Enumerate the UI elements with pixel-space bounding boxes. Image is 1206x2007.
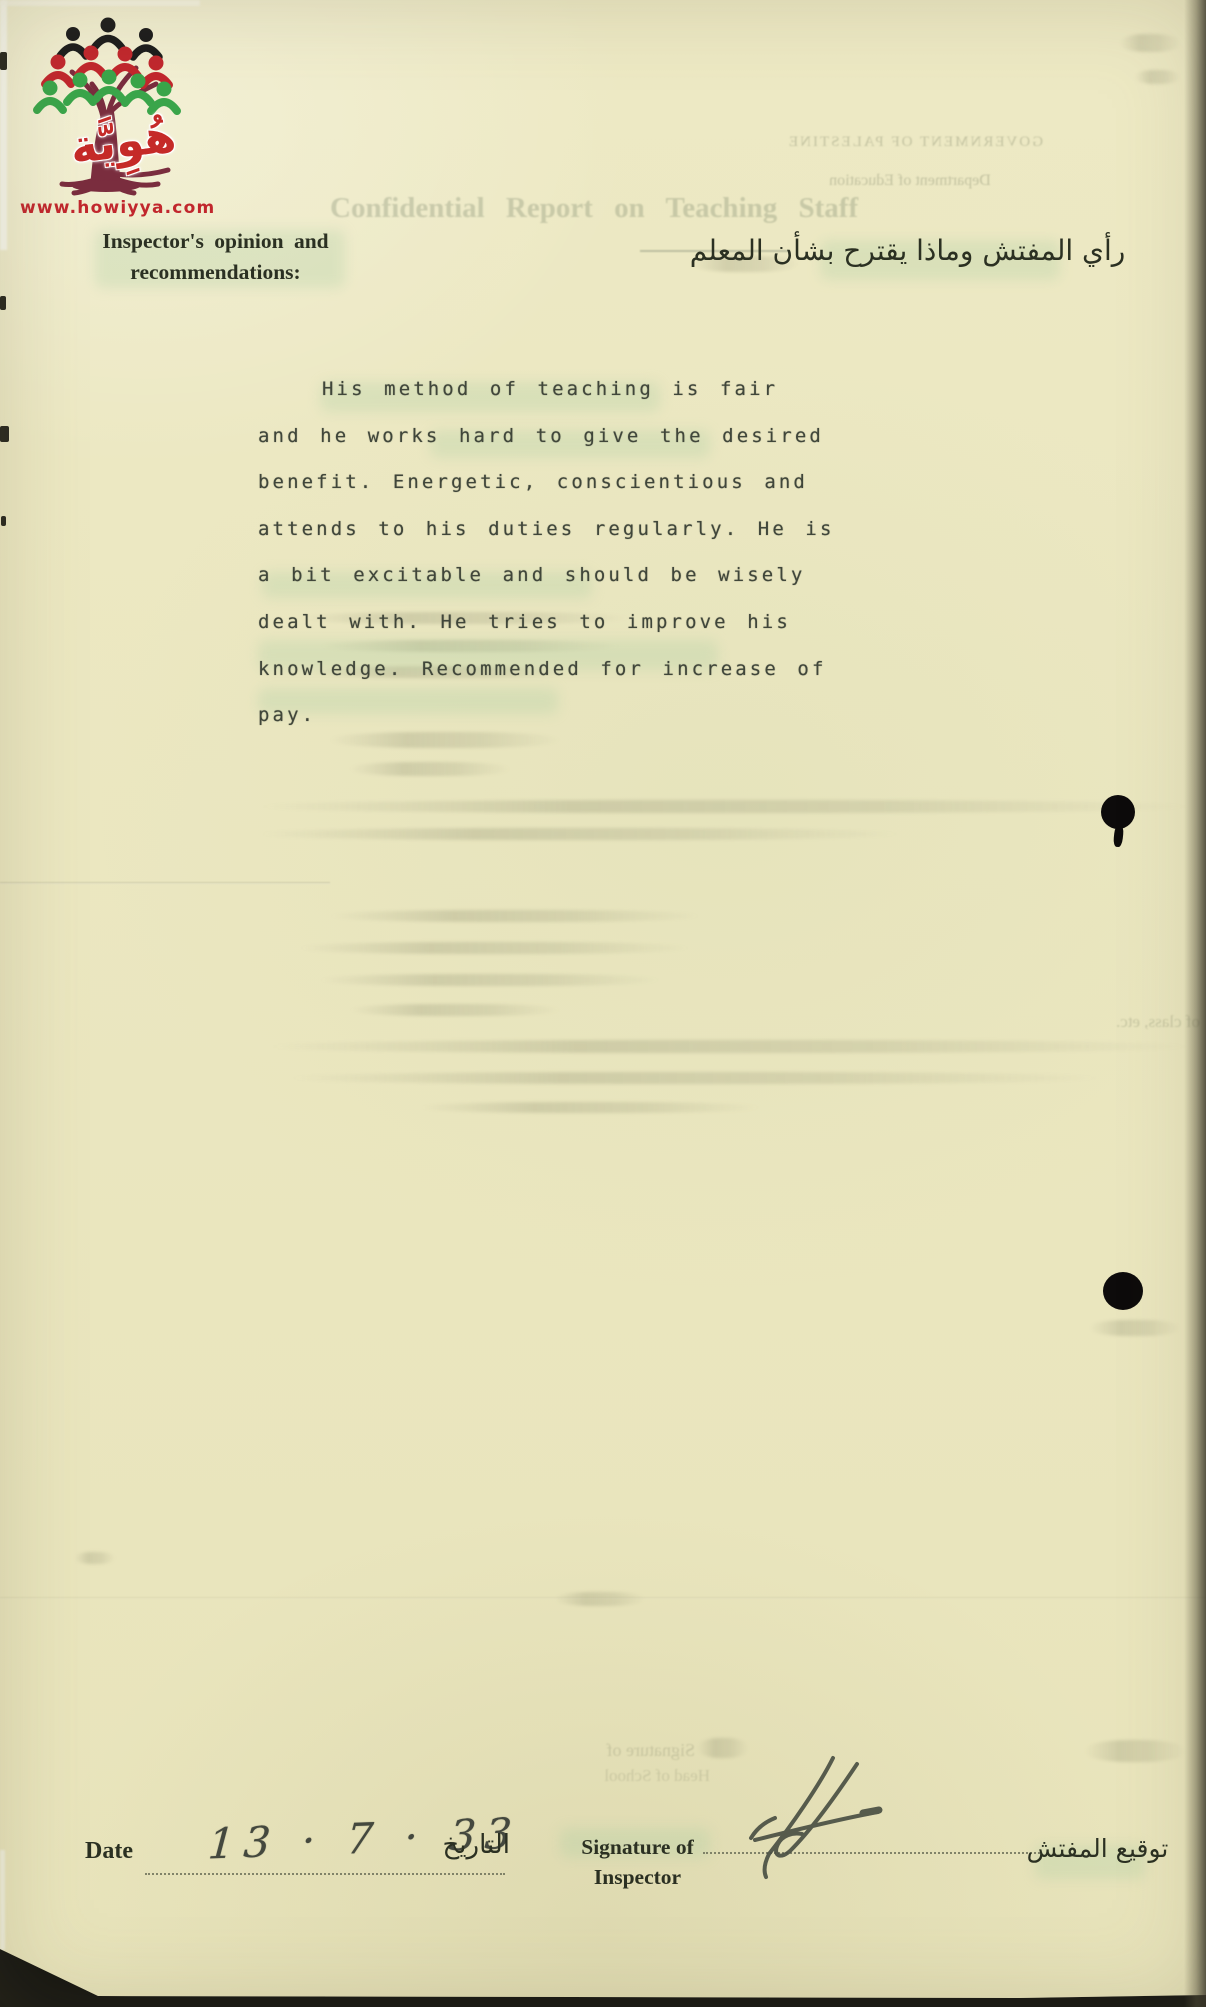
ghost-head-of-school: Head of School bbox=[560, 1766, 710, 1786]
report-line: pay. bbox=[258, 692, 858, 739]
edge-speck bbox=[0, 296, 6, 310]
report-line: His method of teaching is fair bbox=[258, 366, 858, 413]
watermark-url: www.howiyya.com bbox=[20, 198, 215, 218]
ghost-government-line: GOVERNMENT OF PALESTINE bbox=[770, 134, 1060, 151]
signature-label-arabic: توقيع المفتش bbox=[1025, 1834, 1170, 1863]
ghost-signature-of: Signature of bbox=[545, 1740, 695, 1761]
paper-crease bbox=[0, 1597, 1206, 1599]
ghost-mark bbox=[1085, 1740, 1185, 1762]
scanned-document-page: GOVERNMENT OF PALESTINE Department of Ed… bbox=[0, 0, 1206, 2007]
ghost-mark bbox=[75, 1552, 115, 1564]
ghost-mark bbox=[555, 1592, 645, 1606]
ink-dot-tail bbox=[1113, 825, 1124, 848]
ghost-mark bbox=[300, 942, 690, 954]
inspector-report-text: His method of teaching is fair and he wo… bbox=[258, 366, 858, 739]
ghost-mark bbox=[320, 974, 660, 986]
ghost-report-title: Confidential Report on Teaching Staff bbox=[330, 192, 1150, 225]
heading-line-2: recommendations: bbox=[83, 257, 348, 288]
signature-label-line-1: Signature of bbox=[555, 1832, 720, 1862]
signature-of-inspector-label: Signature of Inspector bbox=[555, 1832, 720, 1892]
report-line: benefit. Energetic, conscientious and bbox=[258, 459, 858, 506]
ghost-class-fragment: of class, etc. bbox=[1000, 1012, 1200, 1032]
inspector-opinion-heading-arabic: رأي المفتش وماذا يقترح بشأن المعلم bbox=[655, 234, 1160, 267]
torn-edge-highlight bbox=[0, 1850, 5, 1950]
edge-speck bbox=[0, 426, 9, 442]
ghost-mark bbox=[1120, 34, 1180, 52]
paper-crease bbox=[0, 882, 330, 884]
ghost-mark bbox=[270, 1040, 1190, 1053]
report-line: dealt with. He tries to improve his bbox=[258, 599, 858, 646]
ghost-mark bbox=[260, 800, 1190, 813]
ghost-mark bbox=[420, 1102, 760, 1113]
date-label-arabic: التاريخ bbox=[440, 1830, 510, 1860]
ghost-department-line: Department of Education bbox=[790, 172, 1030, 190]
date-label: Date bbox=[85, 1838, 133, 1865]
ghost-mark bbox=[1135, 70, 1180, 84]
torn-edge-highlight bbox=[0, 0, 7, 250]
report-line: knowledge. Recommended for increase of bbox=[258, 646, 858, 693]
ghost-mark bbox=[1090, 1320, 1180, 1336]
ink-dot bbox=[1101, 795, 1135, 829]
torn-edge-highlight bbox=[0, 0, 200, 6]
ghost-mark bbox=[350, 1004, 560, 1016]
document-paper: GOVERNMENT OF PALESTINE Department of Ed… bbox=[0, 0, 1206, 2007]
signature-label-line-2: Inspector bbox=[555, 1862, 720, 1892]
ink-dot bbox=[1103, 1272, 1143, 1310]
heading-line-1: Inspector's opinion and bbox=[83, 226, 348, 257]
ghost-mark bbox=[260, 828, 900, 840]
inspector-opinion-heading: Inspector's opinion and recommendations: bbox=[83, 226, 348, 288]
ghost-mark bbox=[290, 1072, 1100, 1084]
ghost-mark bbox=[350, 762, 510, 776]
howiyya-logo: هُوِيَّة www.howiyya.com bbox=[22, 6, 202, 221]
date-line bbox=[145, 1873, 505, 1875]
ghost-mark bbox=[330, 910, 700, 922]
report-line: attends to his duties regularly. He is bbox=[258, 506, 858, 553]
edge-speck bbox=[1, 516, 6, 526]
page-edge-shadow bbox=[1184, 0, 1206, 2007]
edge-speck bbox=[0, 52, 7, 70]
inspector-signature bbox=[715, 1738, 915, 1886]
report-line: a bit excitable and should be wisely bbox=[258, 552, 858, 599]
report-line: and he works hard to give the desired bbox=[258, 413, 858, 460]
